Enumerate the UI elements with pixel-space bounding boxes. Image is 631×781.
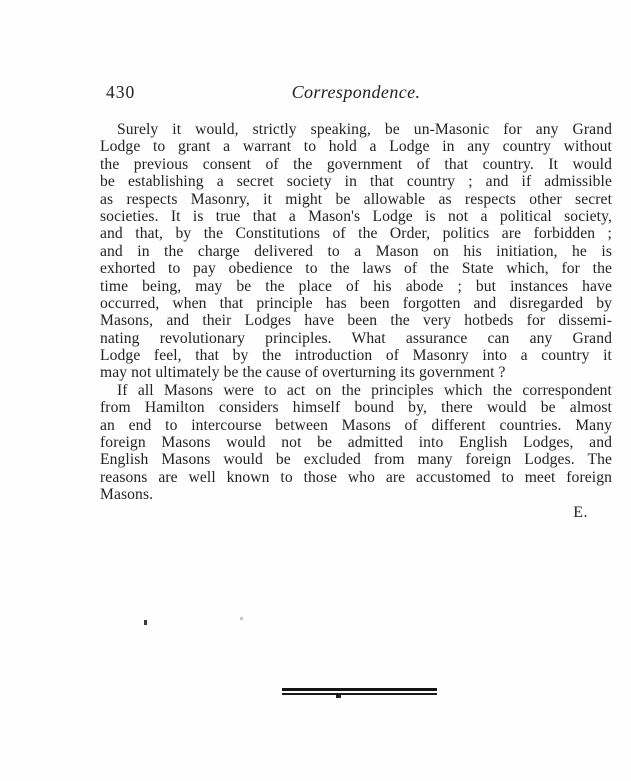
text-line: may not ultimately be the cause of overt…: [100, 364, 612, 381]
text-line: from Hamilton considers himself bound by…: [100, 399, 612, 416]
page-header-title: Correspondence.: [100, 82, 612, 103]
text-line: nating revolutionary principles. What as…: [100, 330, 612, 347]
text-line: as respects Masonry, it might be allowab…: [100, 191, 612, 208]
text-line: foreign Masons would not be admitted int…: [100, 434, 612, 451]
text-line: If all Masons were to act on the princip…: [100, 382, 612, 399]
text-line: Masons.: [100, 486, 612, 503]
text-line: societies. It is true that a Mason's Lod…: [100, 208, 612, 225]
text-line: occurred, when that principle has been f…: [100, 295, 612, 312]
scan-speck: [144, 620, 147, 625]
text-line: the previous consent of the government o…: [100, 156, 612, 173]
running-head: 430 Correspondence.: [100, 82, 612, 104]
rule-thin-line: [282, 693, 437, 695]
text-line: Lodge feel, that by the introduction of …: [100, 347, 612, 364]
text-line: reasons are well known to those who are …: [100, 469, 612, 486]
paragraphs-container: Surely it would, strictly speaking, be u…: [100, 121, 612, 504]
paragraph: If all Masons were to act on the princip…: [100, 382, 612, 504]
text-line: English Masons would be excluded from ma…: [100, 451, 612, 468]
text-line: exhorted to pay obedience to the laws of…: [100, 260, 612, 277]
author-signature: E.: [100, 504, 612, 521]
text-line: an end to intercourse between Masons of …: [100, 417, 612, 434]
text-line: be establishing a secret society in that…: [100, 173, 612, 190]
scanned-book-page: 430 Correspondence. Surely it would, str…: [0, 0, 631, 781]
text-line: Surely it would, strictly speaking, be u…: [100, 121, 612, 138]
scan-speck: [240, 617, 243, 620]
text-line: Lodge to grant a warrant to hold a Lodge…: [100, 138, 612, 155]
text-line: and that, by the Constitutions of the Or…: [100, 225, 612, 242]
text-line: Masons, and their Lodges have been the v…: [100, 312, 612, 329]
end-of-article-rule: [282, 688, 437, 695]
body-text-block: Surely it would, strictly speaking, be u…: [100, 121, 612, 521]
scan-speck: [336, 695, 341, 698]
text-line: time being, may be the place of his abod…: [100, 278, 612, 295]
text-line: and in the charge delivered to a Mason o…: [100, 243, 612, 260]
paragraph: Surely it would, strictly speaking, be u…: [100, 121, 612, 382]
